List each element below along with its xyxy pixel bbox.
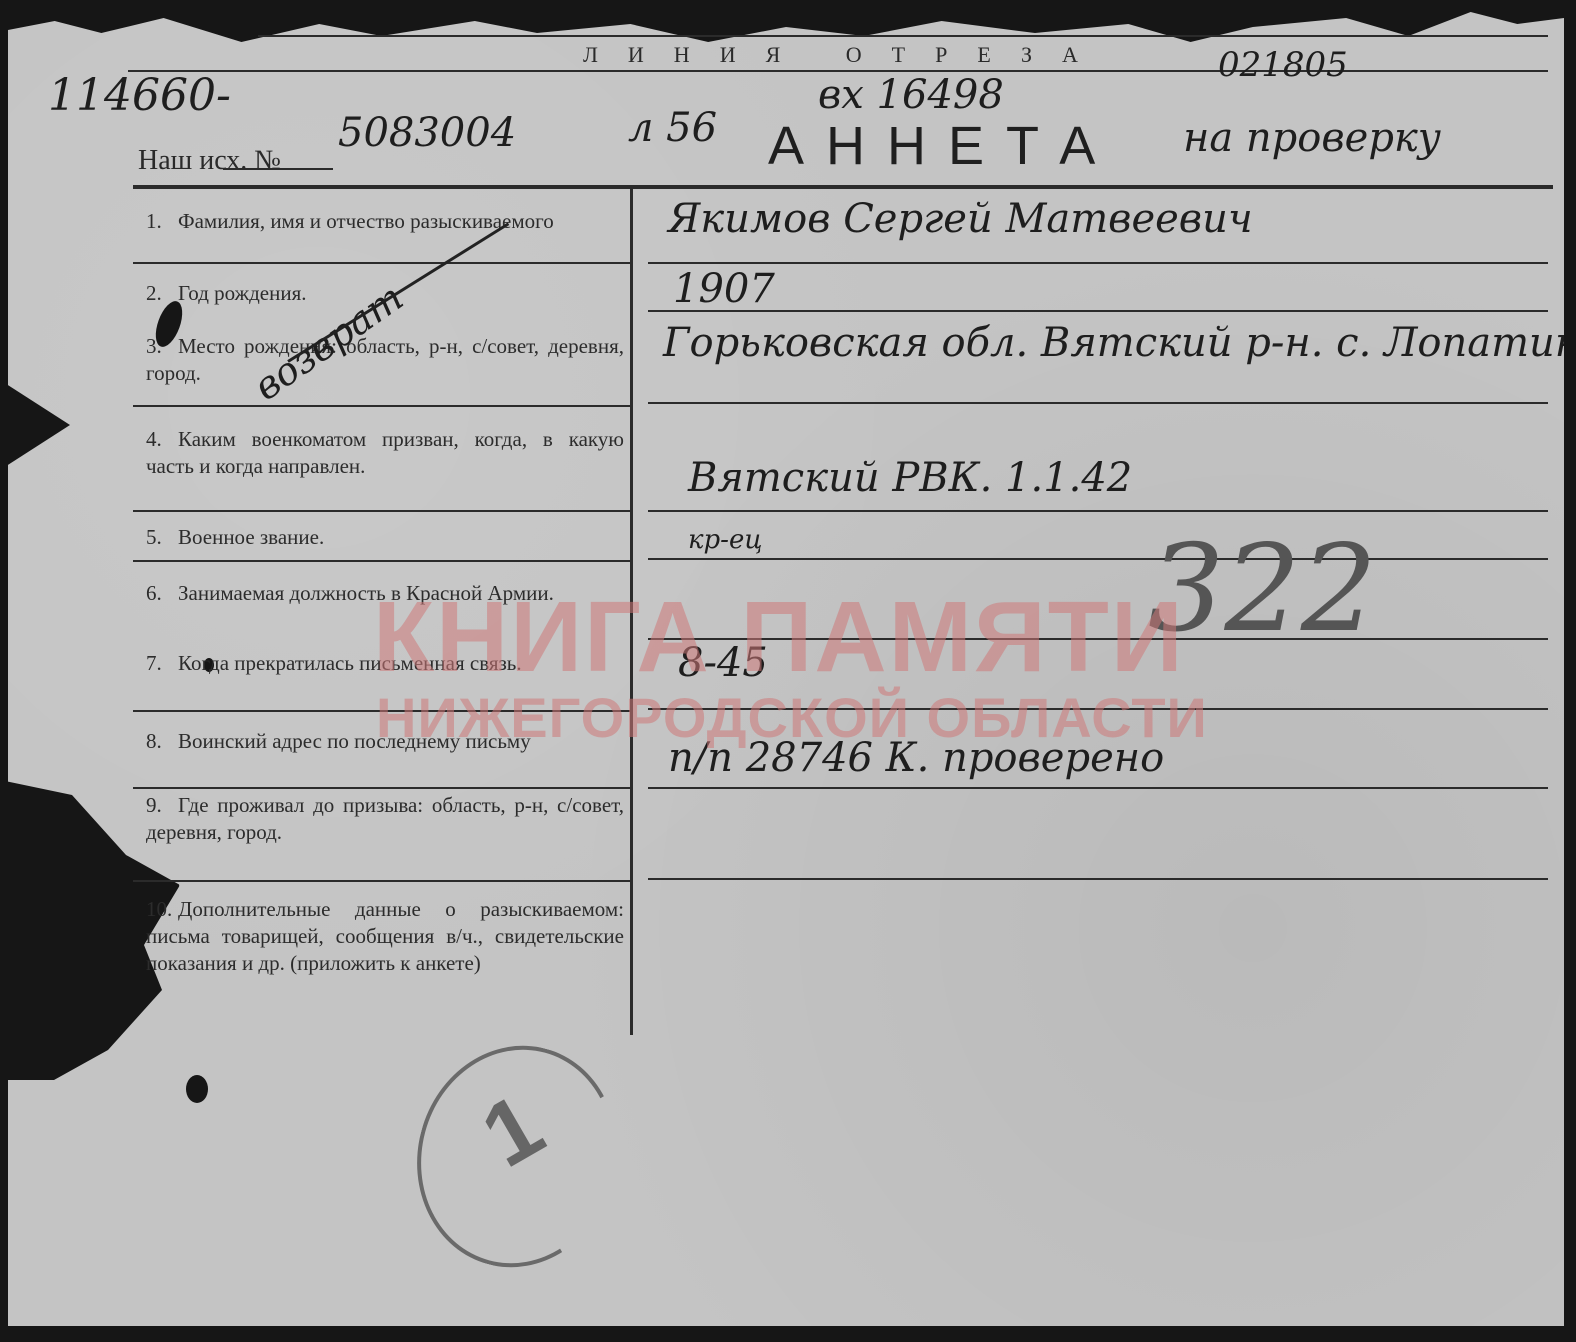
field-value-8: п/п 28746 К. проверено: [668, 735, 1164, 781]
field-label-7: 7.Когда прекратилась письменная связь.: [146, 650, 624, 677]
row-divider: [133, 880, 630, 882]
answer-line: [648, 402, 1548, 404]
handwritten-outgoing-number: 5083004: [338, 110, 516, 156]
field-label-9: 9.Где проживал до призыва: область, р-н,…: [146, 792, 624, 846]
answer-line: [648, 558, 1548, 560]
field-label-6: 6.Занимаемая должность в Красной Армии.: [146, 580, 624, 607]
document-page: ЛИНИЯ ОТРЕЗА 114660- Наш исх. № 5083004 …: [8, 0, 1564, 1326]
field-label-1: 1.Фамилия, имя и отчество разыскиваемого: [146, 208, 624, 235]
cut-line-label: ЛИНИЯ ОТРЕЗА: [583, 42, 1108, 68]
field-label-4: 4.Каким военкоматом призван, когда, в ка…: [146, 426, 624, 480]
outgoing-number-underline: [223, 168, 333, 170]
field-label-5: 5.Военное звание.: [146, 524, 624, 551]
field-value-7: 8-45: [678, 640, 768, 686]
field-value-4: Вятский РВК. 1.1.42: [688, 455, 1132, 501]
answer-line: [648, 510, 1548, 512]
handwritten-note-check: на проверку: [1183, 115, 1441, 161]
answer-line: [648, 878, 1548, 880]
handwritten-top-left-number: 114660-: [48, 70, 231, 121]
header-divider: [133, 185, 1553, 189]
field-value-3: Горьковская обл. Вятский р-н. с. Лопатин…: [663, 320, 1564, 366]
row-divider: [133, 510, 630, 512]
outgoing-number-label: Наш исх. №: [138, 145, 281, 177]
answer-line: [648, 708, 1548, 710]
row-divider: [133, 405, 630, 407]
form-title: АННЕТА: [768, 115, 1117, 177]
answer-line: [648, 310, 1548, 312]
rule-line: [258, 35, 1548, 37]
field-value-1: Якимов Сергей Матвеевич: [668, 196, 1253, 242]
torn-left-edge: [8, 380, 70, 470]
paper-hole: [186, 1075, 208, 1103]
field-label-3: 3.Место рождения: область, р-н, с/совет,…: [146, 333, 624, 387]
handwritten-list-number: л 56: [628, 105, 717, 151]
field-value-5: кр-ец: [688, 525, 762, 555]
field-label-10: 10.Дополнительные данные о разыскиваемом…: [146, 896, 624, 977]
row-divider: [133, 262, 630, 264]
answer-line: [648, 787, 1548, 789]
row-divider: [133, 710, 630, 712]
field-value-2: 1907: [673, 266, 775, 312]
handwritten-incoming-number: вх 16498: [818, 72, 1004, 118]
row-divider: [133, 787, 630, 789]
row-divider: [133, 560, 630, 562]
handwritten-top-right-number: 021805: [1218, 45, 1348, 85]
column-divider: [630, 185, 633, 1035]
answer-line: [648, 262, 1548, 264]
handwritten-large-number: 322: [1148, 520, 1377, 659]
answer-line: [648, 638, 1548, 640]
field-label-8: 8.Воинский адрес по последнему письму: [146, 728, 624, 755]
